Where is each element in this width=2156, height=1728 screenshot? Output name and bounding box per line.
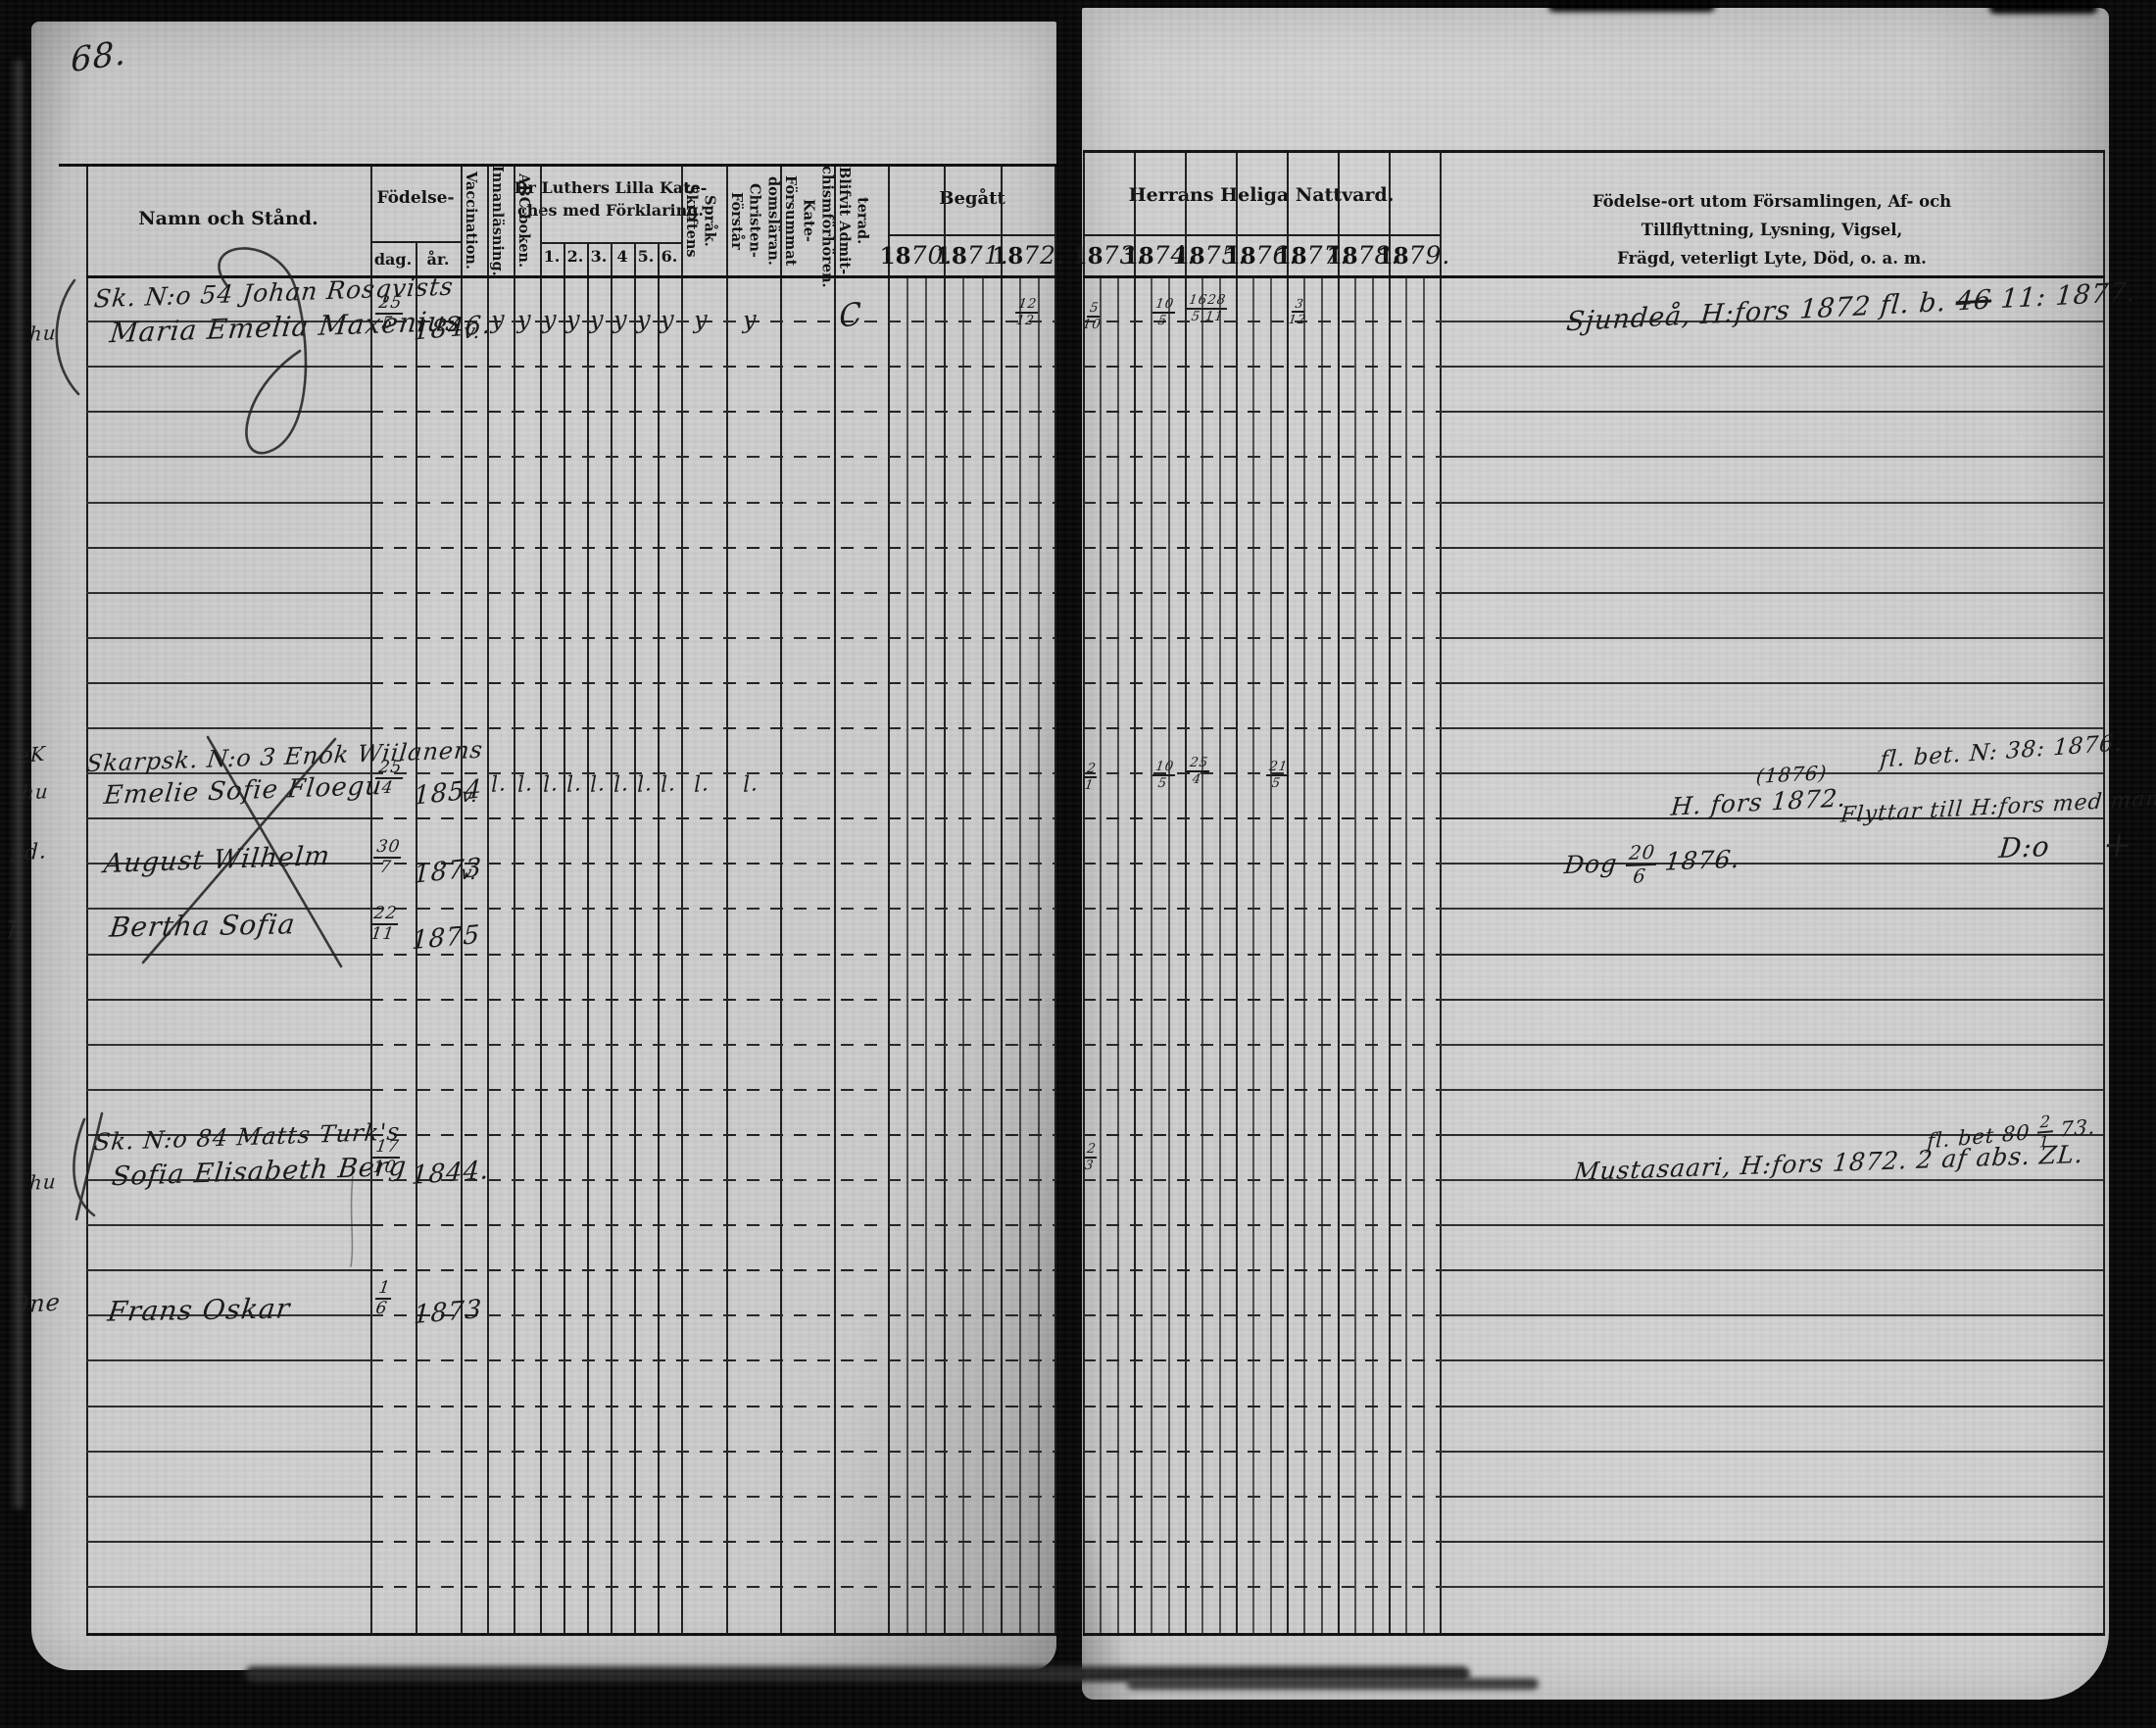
e4-note-handwriting: Dog 206 1876. <box>1562 840 1742 888</box>
grid-line <box>1083 1496 1440 1498</box>
grid-line <box>370 411 1054 413</box>
grid-line <box>86 1586 370 1588</box>
grid-line <box>1440 1406 2103 1407</box>
grid-line <box>1440 1496 2103 1498</box>
grid-line <box>888 234 1056 236</box>
grid-line <box>370 165 372 1633</box>
grid-line <box>1083 954 1440 956</box>
year-label: 1872. <box>992 241 1065 270</box>
grid-line <box>1083 150 2105 153</box>
col-header-communion-right: Herrans Heliga Nattvard. <box>1129 184 1395 206</box>
grid-line <box>1083 1314 1440 1316</box>
grid-line <box>1083 1633 2105 1636</box>
grid-line <box>86 502 370 504</box>
grid-line <box>370 547 1054 549</box>
grid-line <box>1338 150 1340 1633</box>
grid-line <box>1440 999 2103 1001</box>
grid-line <box>1440 592 2103 594</box>
grid-line <box>1083 1179 1440 1181</box>
grid-line <box>1083 682 1440 684</box>
grid-line <box>634 243 636 1633</box>
col-header-scripture: Skriftens Språk. <box>681 166 726 275</box>
grid-line <box>1440 366 2103 368</box>
e4-birth-year-handwriting: 1875 <box>411 920 480 956</box>
grid-line <box>1440 1089 2103 1091</box>
e2-note-paren-handwriting: (1876) <box>1755 761 1829 788</box>
e2-marks-handwriting: l. <box>566 771 582 798</box>
grid-line <box>86 1359 370 1361</box>
grid-line <box>834 165 836 1633</box>
grid-line <box>1440 1586 2103 1588</box>
grid-line <box>370 908 1054 910</box>
grid-line <box>1440 1541 2103 1543</box>
grid-line <box>370 1044 1054 1046</box>
page-number-handwriting: 68. <box>71 33 126 80</box>
e3-vacc-handwriting: v. <box>459 861 479 884</box>
e1-marks-handwriting: y <box>566 305 581 334</box>
grid-line <box>86 1406 370 1407</box>
grid-line <box>658 243 660 1633</box>
e2-1875-handwriting: 254 <box>1185 757 1211 787</box>
grid-line <box>370 1089 1054 1091</box>
col-header-understands: Förstår Christen- domsläran. <box>726 166 780 275</box>
grid-line <box>587 243 589 1633</box>
grid-line <box>86 592 370 594</box>
e1-marks-handwriting: y <box>661 305 675 334</box>
e2-marks-handwriting: l. <box>613 771 629 798</box>
grid-line <box>1440 1269 2103 1271</box>
grid-line <box>370 1224 1054 1226</box>
scanned-ledger-spread: Namn och Stånd. Födelse- dag. år. Vaccin… <box>0 0 2156 1728</box>
grid-line <box>461 165 463 1633</box>
grid-line <box>1083 772 1440 774</box>
grid-line <box>1440 456 2103 458</box>
col-header-birth-day: dag. <box>374 250 412 269</box>
e1-marks-handwriting: y <box>743 305 758 334</box>
grid-line <box>1083 366 1440 368</box>
grid-line <box>1083 592 1440 594</box>
e3-birth-day-handwriting: 307 <box>370 839 403 876</box>
grid-line <box>1083 908 1440 910</box>
scan-smudge <box>1548 0 1715 12</box>
grid-line <box>370 682 1054 684</box>
grid-line <box>1440 1359 2103 1361</box>
grid-line <box>370 637 1054 639</box>
grid-line <box>1440 547 2103 549</box>
grid-line <box>1083 1451 1440 1453</box>
grid-line <box>370 999 1054 1001</box>
e2-1874-handwriting: 105 <box>1151 761 1177 791</box>
grid-line <box>370 1451 1054 1453</box>
grid-line <box>86 682 370 684</box>
grid-line <box>1440 727 2103 729</box>
grid-line <box>1185 150 1187 1633</box>
e2-1876-handwriting: 215 <box>1264 761 1291 791</box>
grid-line <box>1389 150 1391 1633</box>
e2-marks-handwriting: l. <box>517 771 533 798</box>
e4-name-handwriting: Bertha Sofia <box>108 908 298 943</box>
grid-line <box>1083 456 1440 458</box>
grid-line <box>86 547 370 549</box>
e2-marks-handwriting: l. <box>543 771 559 798</box>
e1-marks-handwriting: y <box>517 305 532 334</box>
grid-line <box>370 1496 1054 1498</box>
grid-line <box>888 165 890 1633</box>
grid-line <box>370 772 1054 774</box>
grid-line <box>1440 1179 2103 1181</box>
grid-line <box>1440 682 2103 684</box>
grid-line <box>86 1044 370 1046</box>
grid-line <box>86 1541 370 1543</box>
grid-line <box>1083 1541 1440 1543</box>
grid-line <box>1440 908 2103 910</box>
grid-line <box>1083 1134 1440 1136</box>
e4-birth-day-handwriting: 2211 <box>367 906 400 943</box>
catechism-number: 2. <box>567 247 584 266</box>
grid-line <box>86 366 370 368</box>
scan-smudge <box>1989 0 2097 14</box>
e1-1875b-handwriting: 2811 <box>1202 294 1229 324</box>
grid-line <box>370 241 461 243</box>
grid-line <box>59 164 1056 167</box>
col-header-neglected: Försummat Kate- chismförhören. <box>780 166 834 275</box>
e1-vacc-handwriting: v. <box>462 320 482 343</box>
grid-line <box>86 1633 1056 1636</box>
e5-birth-day-handwriting: 1710 <box>369 1139 402 1176</box>
e1-marks-handwriting: y <box>637 305 652 334</box>
grid-line <box>86 1269 370 1271</box>
e1-1874-handwriting: 105 <box>1151 298 1177 328</box>
grid-line <box>370 1359 1054 1361</box>
col-header-vaccination: Vaccination. <box>461 166 487 275</box>
m1-hu-handwriting: hu <box>28 321 57 346</box>
e2-birth-day-handwriting: 254 <box>372 760 405 797</box>
e2-marks-handwriting: l. <box>661 771 676 798</box>
grid-line <box>1083 637 1440 639</box>
grid-line <box>1001 165 1003 1633</box>
e2-marks-handwriting: l. <box>743 771 759 798</box>
grid-line <box>1440 954 2103 956</box>
scan-smudge <box>1127 1678 1539 1690</box>
grid-line <box>86 411 370 413</box>
grid-line <box>1083 817 1440 819</box>
grid-line <box>1083 1089 1440 1091</box>
e1-adm-handwriting: C <box>838 295 864 335</box>
e1-marks-handwriting: y <box>543 305 558 334</box>
m2-hu-handwriting: hu <box>21 779 49 805</box>
grid-line <box>1287 150 1289 1633</box>
grid-line <box>1083 1044 1440 1046</box>
grid-line <box>1083 1359 1440 1361</box>
e1-marks-handwriting: y <box>694 305 709 334</box>
grid-line <box>86 999 370 1001</box>
col-header-catechism-group: Dr Luthers Lilla Kate- ches med Förklari… <box>514 176 708 222</box>
grid-line <box>1083 1406 1440 1407</box>
grid-line <box>944 165 946 1633</box>
grid-line <box>86 275 1056 278</box>
grid-line <box>1440 502 2103 504</box>
grid-line <box>1083 1224 1440 1226</box>
grid-line <box>1083 502 1440 504</box>
grid-line <box>370 817 1054 819</box>
year-label: 1879. <box>1378 241 1451 270</box>
grid-line <box>370 1269 1054 1271</box>
e2-marks-handwriting: l. <box>491 771 507 798</box>
e6-birth-year-handwriting: 1873 <box>413 1295 482 1330</box>
e2-vacc-handwriting: v. <box>460 783 480 807</box>
grid-line <box>681 165 683 1633</box>
grid-line <box>86 954 370 956</box>
grid-line <box>1083 863 1440 864</box>
grid-line <box>370 502 1054 504</box>
e3-note-handwriting: D:o <box>1997 830 2051 864</box>
col-header-birth-group: Födelse- <box>376 188 454 208</box>
e1-marks-handwriting: y <box>491 305 506 334</box>
grid-line <box>1083 150 1085 1633</box>
grid-line <box>1440 1451 2103 1453</box>
grid-line <box>370 456 1054 458</box>
col-header-communion-left: Begått <box>939 188 1005 209</box>
grid-line <box>1083 275 2105 278</box>
grid-line <box>1236 150 1238 1633</box>
grid-line <box>1083 1269 1440 1271</box>
grid-line <box>563 243 565 1633</box>
grid-line <box>1054 165 1056 1633</box>
grid-line <box>611 243 612 1633</box>
catechism-number: 3. <box>591 247 608 266</box>
grid-line <box>1134 150 1136 1633</box>
col-header-birth-year: år. <box>427 250 450 269</box>
grid-line <box>1083 234 1440 236</box>
grid-line <box>1440 411 2103 413</box>
grid-line <box>86 727 370 729</box>
grid-line <box>370 727 1054 729</box>
grid-line <box>86 1496 370 1498</box>
e5-birth-year-handwriting: 1844. <box>411 1156 490 1191</box>
grid-line <box>540 242 681 244</box>
grid-line <box>1083 1586 1440 1588</box>
grid-line <box>370 1406 1054 1407</box>
e1-1872-handwriting: 1212 <box>1013 298 1040 328</box>
grid-line <box>86 1451 370 1453</box>
grid-line <box>86 165 88 1633</box>
grid-line <box>540 165 542 1633</box>
edge-plus-handwriting: + <box>2100 825 2136 865</box>
e2-marks-handwriting: l. <box>637 771 653 798</box>
catechism-number: 1. <box>544 247 561 266</box>
e1-marks-handwriting: y <box>613 305 628 334</box>
m5-hu-handwriting: hu <box>28 1169 57 1195</box>
e2-marks-handwriting: l. <box>590 771 606 798</box>
grid-line <box>1440 637 2103 639</box>
grid-line <box>1083 547 1440 549</box>
catechism-number: 4 <box>616 247 627 266</box>
grid-line <box>1083 321 1440 322</box>
scan-edge-shadow <box>14 59 24 1509</box>
grid-line <box>726 165 728 1633</box>
e1-birth-day-handwriting: 255 <box>372 295 405 332</box>
catechism-number: 6. <box>661 247 678 266</box>
grid-line <box>86 637 370 639</box>
grid-line <box>370 592 1054 594</box>
e2-marks-handwriting: l. <box>694 771 710 798</box>
grid-line <box>1440 1314 2103 1316</box>
grid-line <box>780 165 782 1633</box>
grid-line <box>1440 150 1442 1633</box>
grid-line <box>1083 411 1440 413</box>
grid-line <box>370 954 1054 956</box>
grid-line <box>1083 999 1440 1001</box>
grid-line <box>370 1586 1054 1588</box>
grid-line <box>370 366 1054 368</box>
grid-line <box>86 1224 370 1226</box>
grid-line <box>1440 1224 2103 1226</box>
grid-line <box>86 817 370 819</box>
grid-line <box>2103 150 2105 1633</box>
catechism-number: 5. <box>638 247 655 266</box>
grid-line <box>86 1089 370 1091</box>
e1-marks-handwriting: y <box>590 305 605 334</box>
col-header-reading: Innanläsning. <box>487 166 514 275</box>
grid-line <box>1083 727 1440 729</box>
grid-line <box>370 1541 1054 1543</box>
grid-line <box>370 1134 1054 1136</box>
col-header-notes: Födelse-ort utom Församlingen, Af- och T… <box>1580 188 1964 273</box>
grid-line <box>487 165 489 1633</box>
grid-line <box>514 165 515 1633</box>
e6-name-handwriting: Frans Oskar <box>106 1292 292 1327</box>
col-header-name: Namn och Stånd. <box>138 208 318 229</box>
grid-line <box>1440 1044 2103 1046</box>
grid-line <box>86 456 370 458</box>
